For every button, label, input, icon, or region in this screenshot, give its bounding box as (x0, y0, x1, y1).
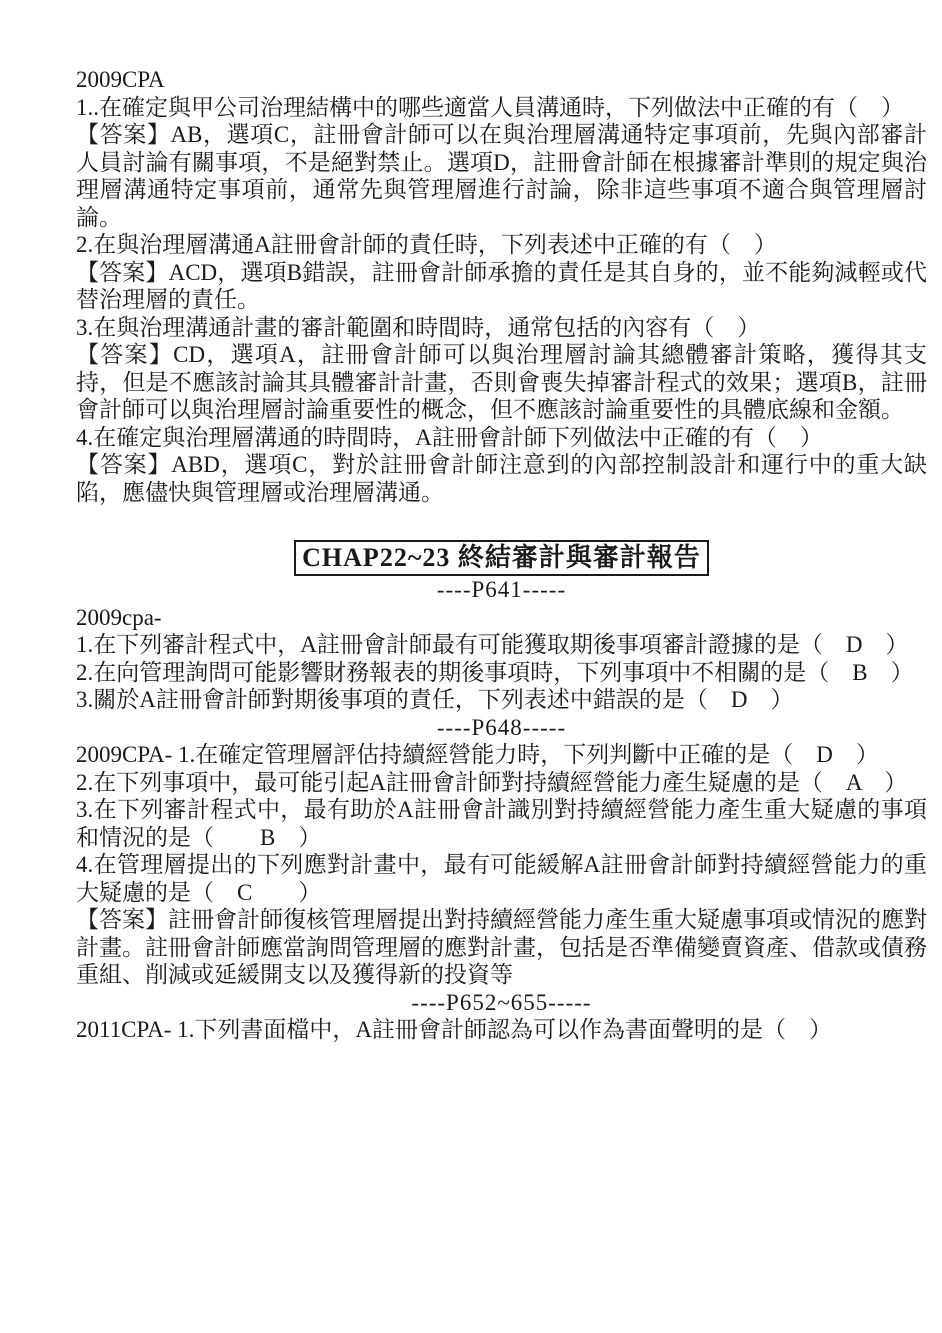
p648-question-4: 4.在管理層提出的下列應對計畫中，最有可能緩解A註冊會計師對持續經營能力的重大疑… (76, 851, 927, 906)
p648-question-1: 2009CPA- 1.在確定管理層評估持續經營能力時，下列判斷中正確的是（ D … (76, 741, 927, 769)
page-marker-p641: ----P641----- (76, 576, 927, 604)
gov-answer-2: 【答案】ACD，選項B錯誤，註冊會計師承擔的責任是其自身的，並不能夠減輕或代替治… (76, 259, 927, 314)
gov-question-3: 3.在與治理溝通計畫的審計範圍和時間時，通常包括的內容有（ ） (76, 314, 927, 342)
chapter-heading: CHAP22~23 終結審計與審計報告 (294, 540, 709, 576)
p648-question-2: 2.在下列事項中，最可能引起A註冊會計師對持續經營能力產生疑慮的是（ A ） (76, 769, 927, 797)
exam-year-label-2009cpa: 2009CPA (76, 66, 927, 94)
gov-question-2: 2.在與治理層溝通A註冊會計師的責任時，下列表述中正確的有（ ） (76, 231, 927, 259)
exam-year-label-2009cpa-lower: 2009cpa- (76, 604, 927, 632)
page-marker-p648: ----P648----- (76, 714, 927, 742)
gov-answer-1: 【答案】AB，選項C，註冊會計師可以在與治理層溝通特定事項前，先與內部審計人員討… (76, 121, 927, 231)
chapter-heading-row: CHAP22~23 終結審計與審計報告 (76, 540, 927, 576)
p648-question-3: 3.在下列審計程式中，最有助於A註冊會計識別對持續經營能力產生重大疑慮的事項和情… (76, 796, 927, 851)
p641-question-2: 2.在向管理詢問可能影響財務報表的期後事項時，下列事項中不相關的是（ B ） (76, 659, 927, 687)
p648-answer-4: 【答案】註冊會計師復核管理層提出對持續經營能力產生重大疑慮事項或情況的應對計畫。… (76, 906, 927, 989)
gov-question-4: 4.在確定與治理層溝通的時間時，A註冊會計師下列做法中正確的有（ ） (76, 424, 927, 452)
gov-answer-3: 【答案】CD，選項A，註冊會計師可以與治理層討論其總體審計策略，獲得其支持，但是… (76, 341, 927, 424)
p652-question-1: 2011CPA- 1.下列書面檔中，A註冊會計師認為可以作為書面聲明的是（ ） (76, 1016, 927, 1044)
gov-answer-4: 【答案】ABD，選項C，對於註冊會計師注意到的內部控制設計和運行中的重大缺陷，應… (76, 451, 927, 506)
document-page: 2009CPA 1..在確定與甲公司治理結構中的哪些適當人員溝通時，下列做法中正… (0, 0, 942, 1333)
gov-question-1: 1..在確定與甲公司治理結構中的哪些適當人員溝通時，下列做法中正確的有（ ） (76, 94, 927, 122)
p641-question-1: 1.在下列審計程式中，A註冊會計師最有可能獲取期後事項審計證據的是（ D ） (76, 631, 927, 659)
page-marker-p652-655: ----P652~655----- (76, 989, 927, 1017)
p641-question-3: 3.關於A註冊會計師對期後事項的責任，下列表述中錯誤的是（ D ） (76, 686, 927, 714)
